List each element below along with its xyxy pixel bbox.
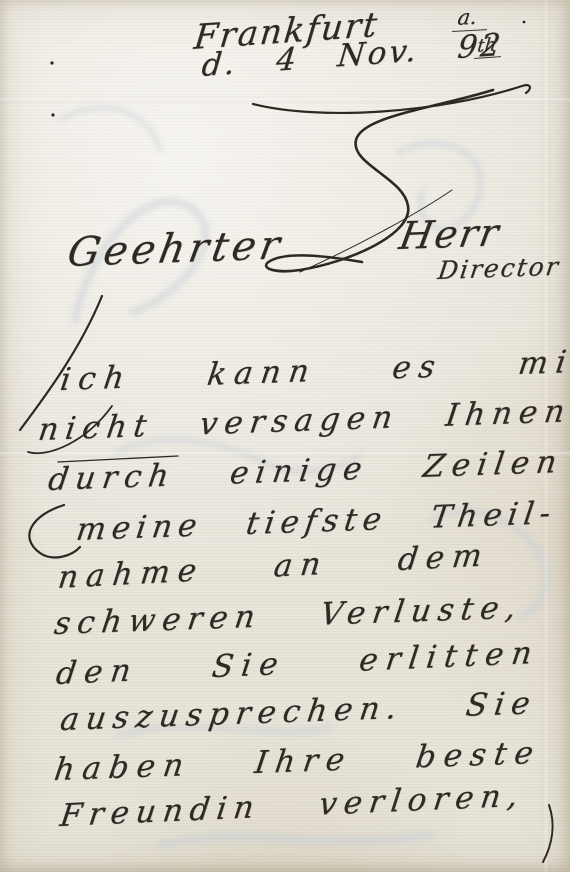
verloren-comma-stroke xyxy=(543,805,553,862)
bleedthrough-stroke xyxy=(60,108,160,150)
ink-speck xyxy=(51,113,54,116)
body-line-6: schweren Verluste, xyxy=(52,589,525,642)
body-line-2: nicht versagen Ihnen xyxy=(36,393,570,448)
ink-speck xyxy=(50,61,53,64)
fold-crease xyxy=(542,0,550,872)
body-line-8: auszusprechen. Sie xyxy=(58,685,539,738)
ink-speck xyxy=(523,21,526,24)
body-line-3: durch einige Zeilen xyxy=(46,444,566,498)
fold-crease xyxy=(0,96,570,103)
date-underline-flourish xyxy=(253,85,530,113)
body-line-1: ich kann es mir xyxy=(58,343,570,398)
salutation-director: Director xyxy=(436,252,562,285)
meine-paren-flourish xyxy=(29,505,80,557)
bleedthrough-stroke xyxy=(160,835,430,845)
body-line-10: Freundin verloren, xyxy=(58,777,527,834)
letter-sheet: Frankfurt a. d. 4 Nov. 92 th Geehrter He… xyxy=(0,0,570,872)
dateline-date-superscript: th xyxy=(474,34,503,59)
salutation-geehrter: Geehrter xyxy=(64,222,287,276)
salutation-herr: Herr xyxy=(396,210,504,258)
body-line-7: den Sie erlitten xyxy=(54,635,542,692)
